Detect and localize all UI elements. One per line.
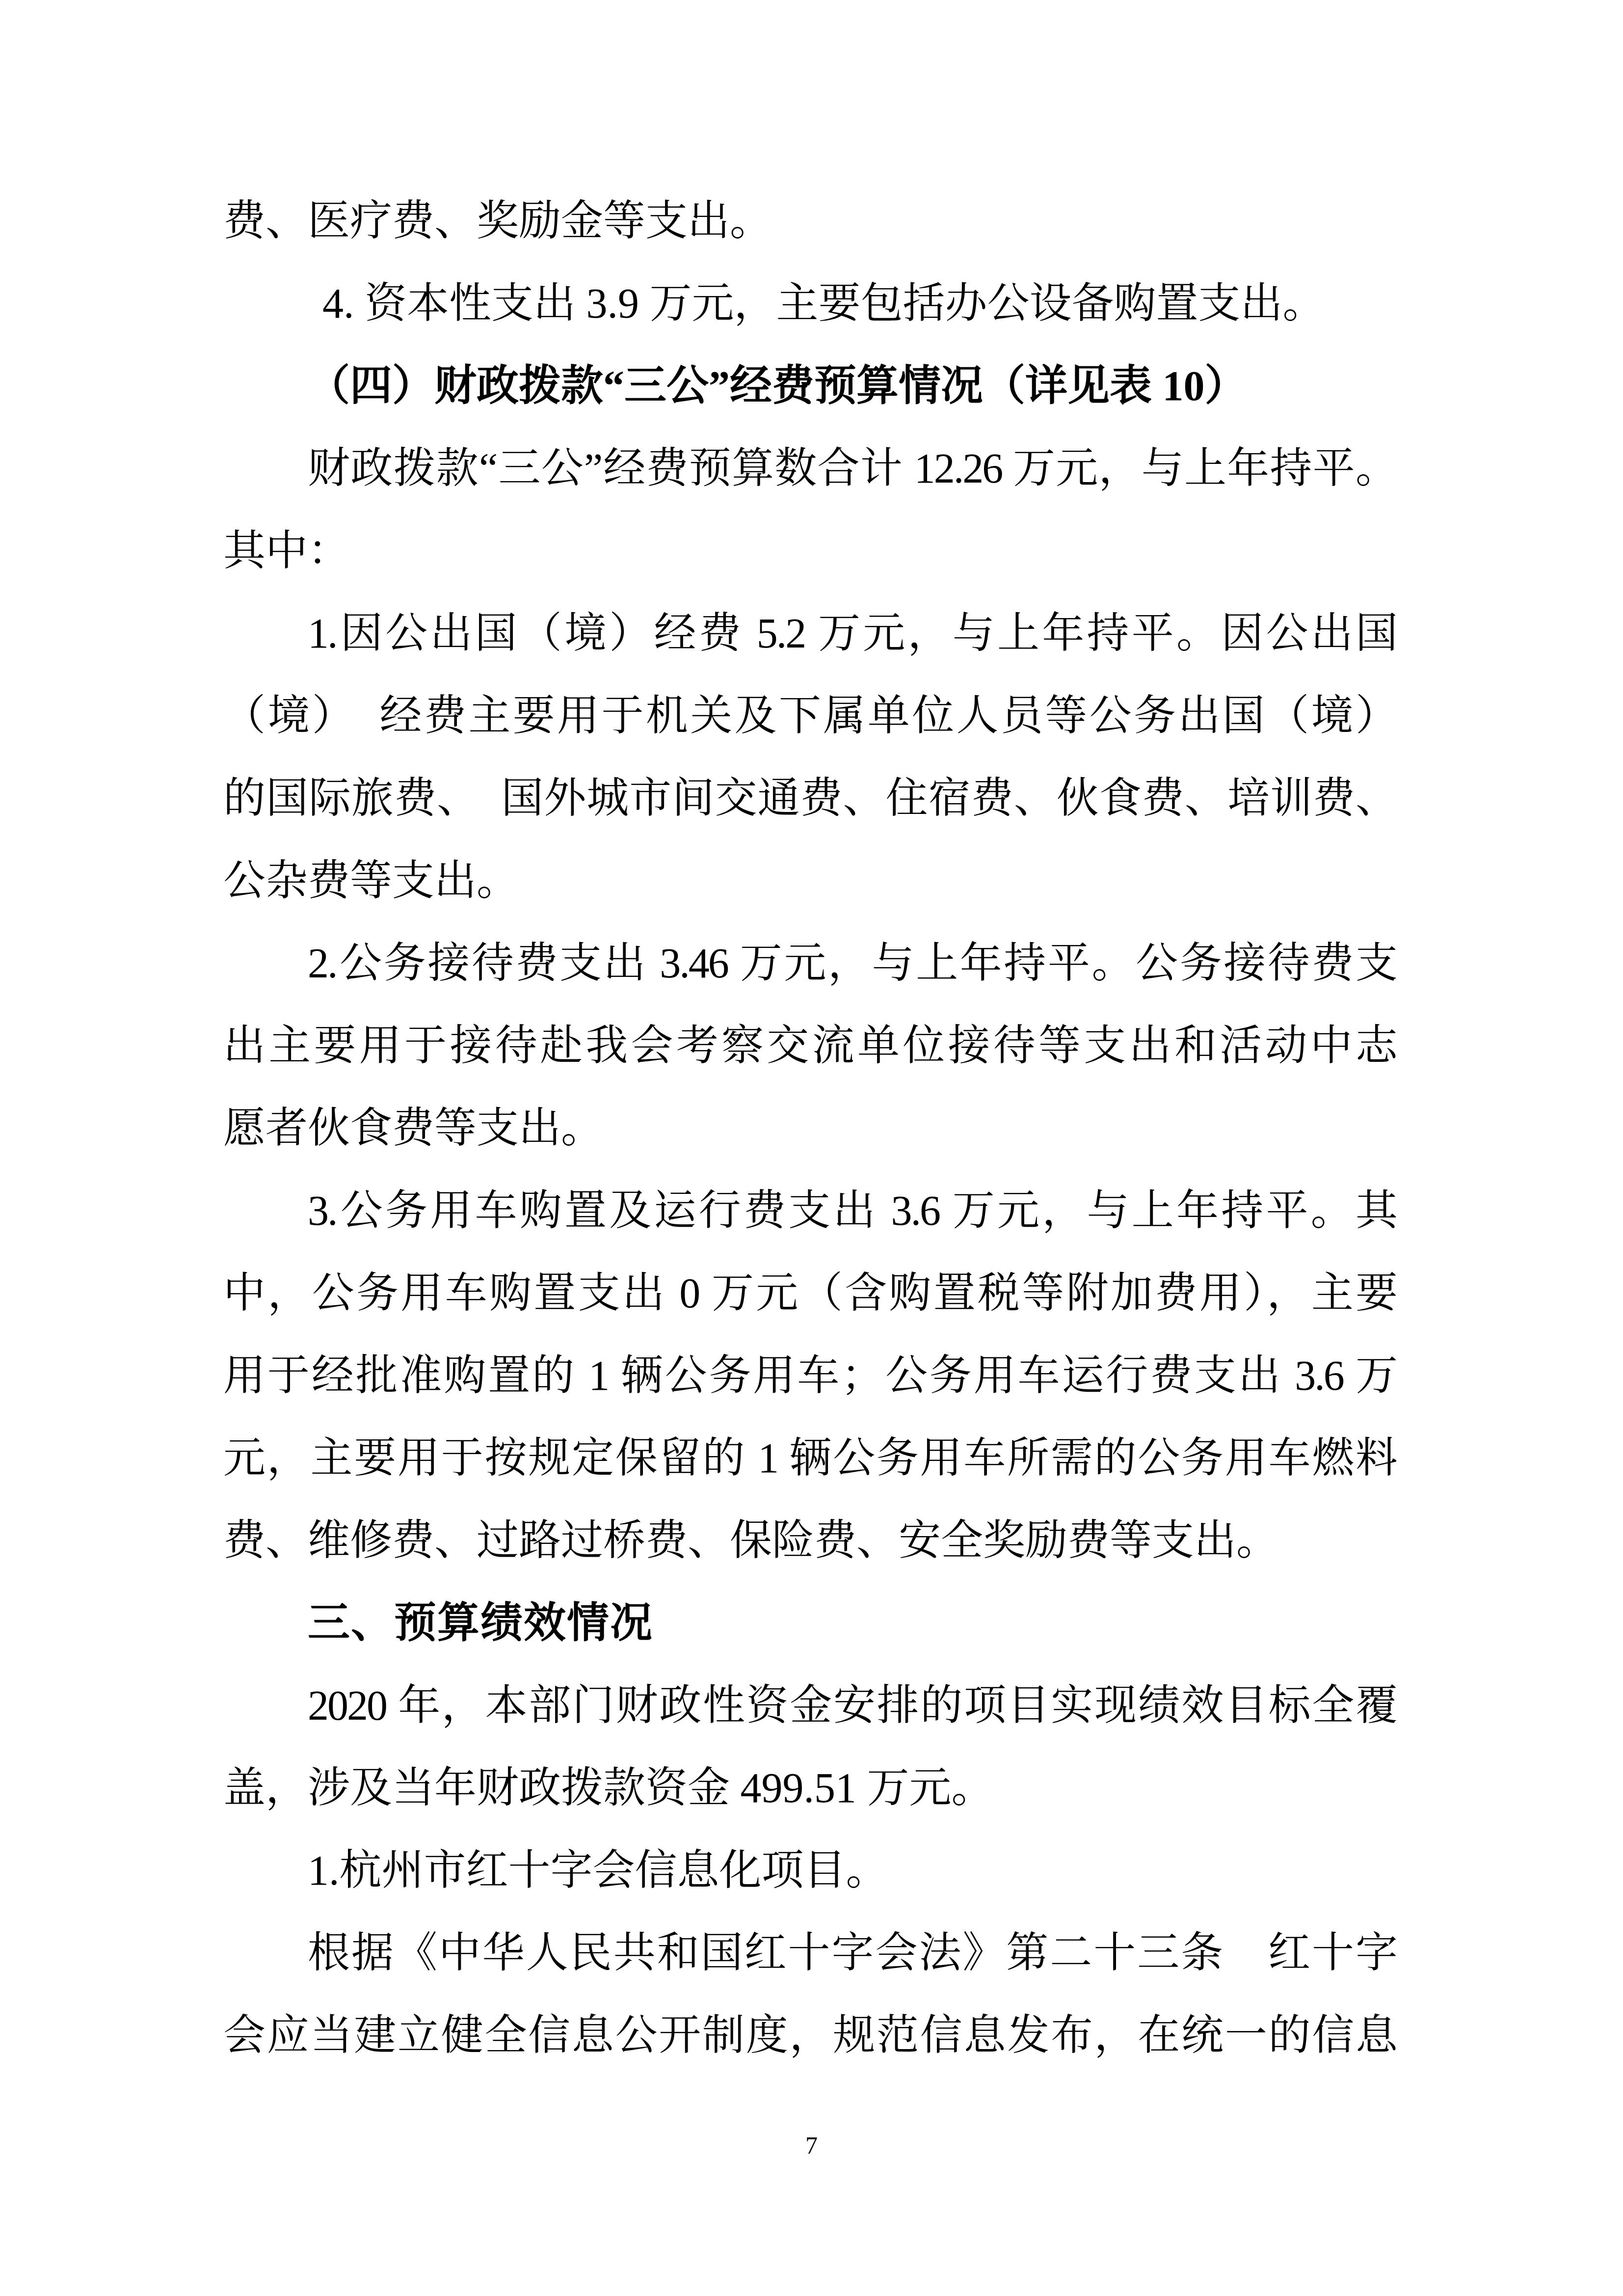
- body-line-capital-expense: 4. 资本性支出 3.9 万元，主要包括办公设备购置支出。: [223, 262, 1396, 345]
- body-line-abroad-expense: 1.因公出国（境）经费 5.2 万元，与上年持平。因公出国: [223, 592, 1396, 675]
- body-line: 愿者伙食费等支出。: [223, 1087, 1396, 1169]
- page-number: 7: [0, 2121, 1623, 2170]
- body-line-reception-expense: 2.公务接待费支出 3.46 万元，与上年持平。公务接待费支: [223, 922, 1396, 1004]
- body-line: 会应当建立健全信息公开制度，规范信息发布，在统一的信息: [223, 1994, 1396, 2077]
- body-line: 费、医疗费、奖励金等支出。: [223, 180, 1396, 262]
- heading-budget-performance: 三、预算绩效情况: [223, 1582, 1396, 1664]
- body-line: 用于经批准购置的 1 辆公务用车；公务用车运行费支出 3.6 万: [223, 1334, 1396, 1417]
- document-page: 费、医疗费、奖励金等支出。 4. 资本性支出 3.9 万元，主要包括办公设备购置…: [0, 0, 1623, 2296]
- body-line: 出主要用于接待赴我会考察交流单位接待等支出和活动中志: [223, 1004, 1396, 1087]
- body-line-vehicle-expense: 3.公务用车购置及运行费支出 3.6 万元，与上年持平。其: [223, 1169, 1396, 1252]
- body-line: 盖，涉及当年财政拨款资金 499.51 万元。: [223, 1747, 1396, 1829]
- body-line-sangong-total: 财政拨款“三公”经费预算数合计 12.26 万元，与上年持平。: [223, 427, 1396, 510]
- body-line-redcross-law: 根据《中华人民共和国红十字会法》第二十三条 红十字: [223, 1912, 1396, 1994]
- body-line-among-which: 其中：: [223, 510, 1396, 592]
- body-line-performance-2020: 2020 年，本部门财政性资金安排的项目实现绩效目标全覆: [223, 1664, 1396, 1747]
- body-line: 的国际旅费、 国外城市间交通费、住宿费、伙食费、培训费、: [223, 757, 1396, 839]
- document-body: 费、医疗费、奖励金等支出。 4. 资本性支出 3.9 万元，主要包括办公设备购置…: [223, 180, 1396, 2077]
- body-line: 费、维修费、过路过桥费、保险费、安全奖励费等支出。: [223, 1499, 1396, 1582]
- body-line: 公杂费等支出。: [223, 839, 1396, 922]
- body-line: 中，公务用车购置支出 0 万元（含购置税等附加费用），主要: [223, 1252, 1396, 1334]
- body-line-project-info: 1.杭州市红十字会信息化项目。: [223, 1829, 1396, 1912]
- body-line: 元，主要用于按规定保留的 1 辆公务用车所需的公务用车燃料: [223, 1417, 1396, 1499]
- body-line: （境） 经费主要用于机关及下属单位人员等公务出国（境）: [223, 675, 1396, 757]
- heading-sangong-budget: （四）财政拨款“三公”经费预算情况（详见表 10）: [223, 345, 1396, 427]
